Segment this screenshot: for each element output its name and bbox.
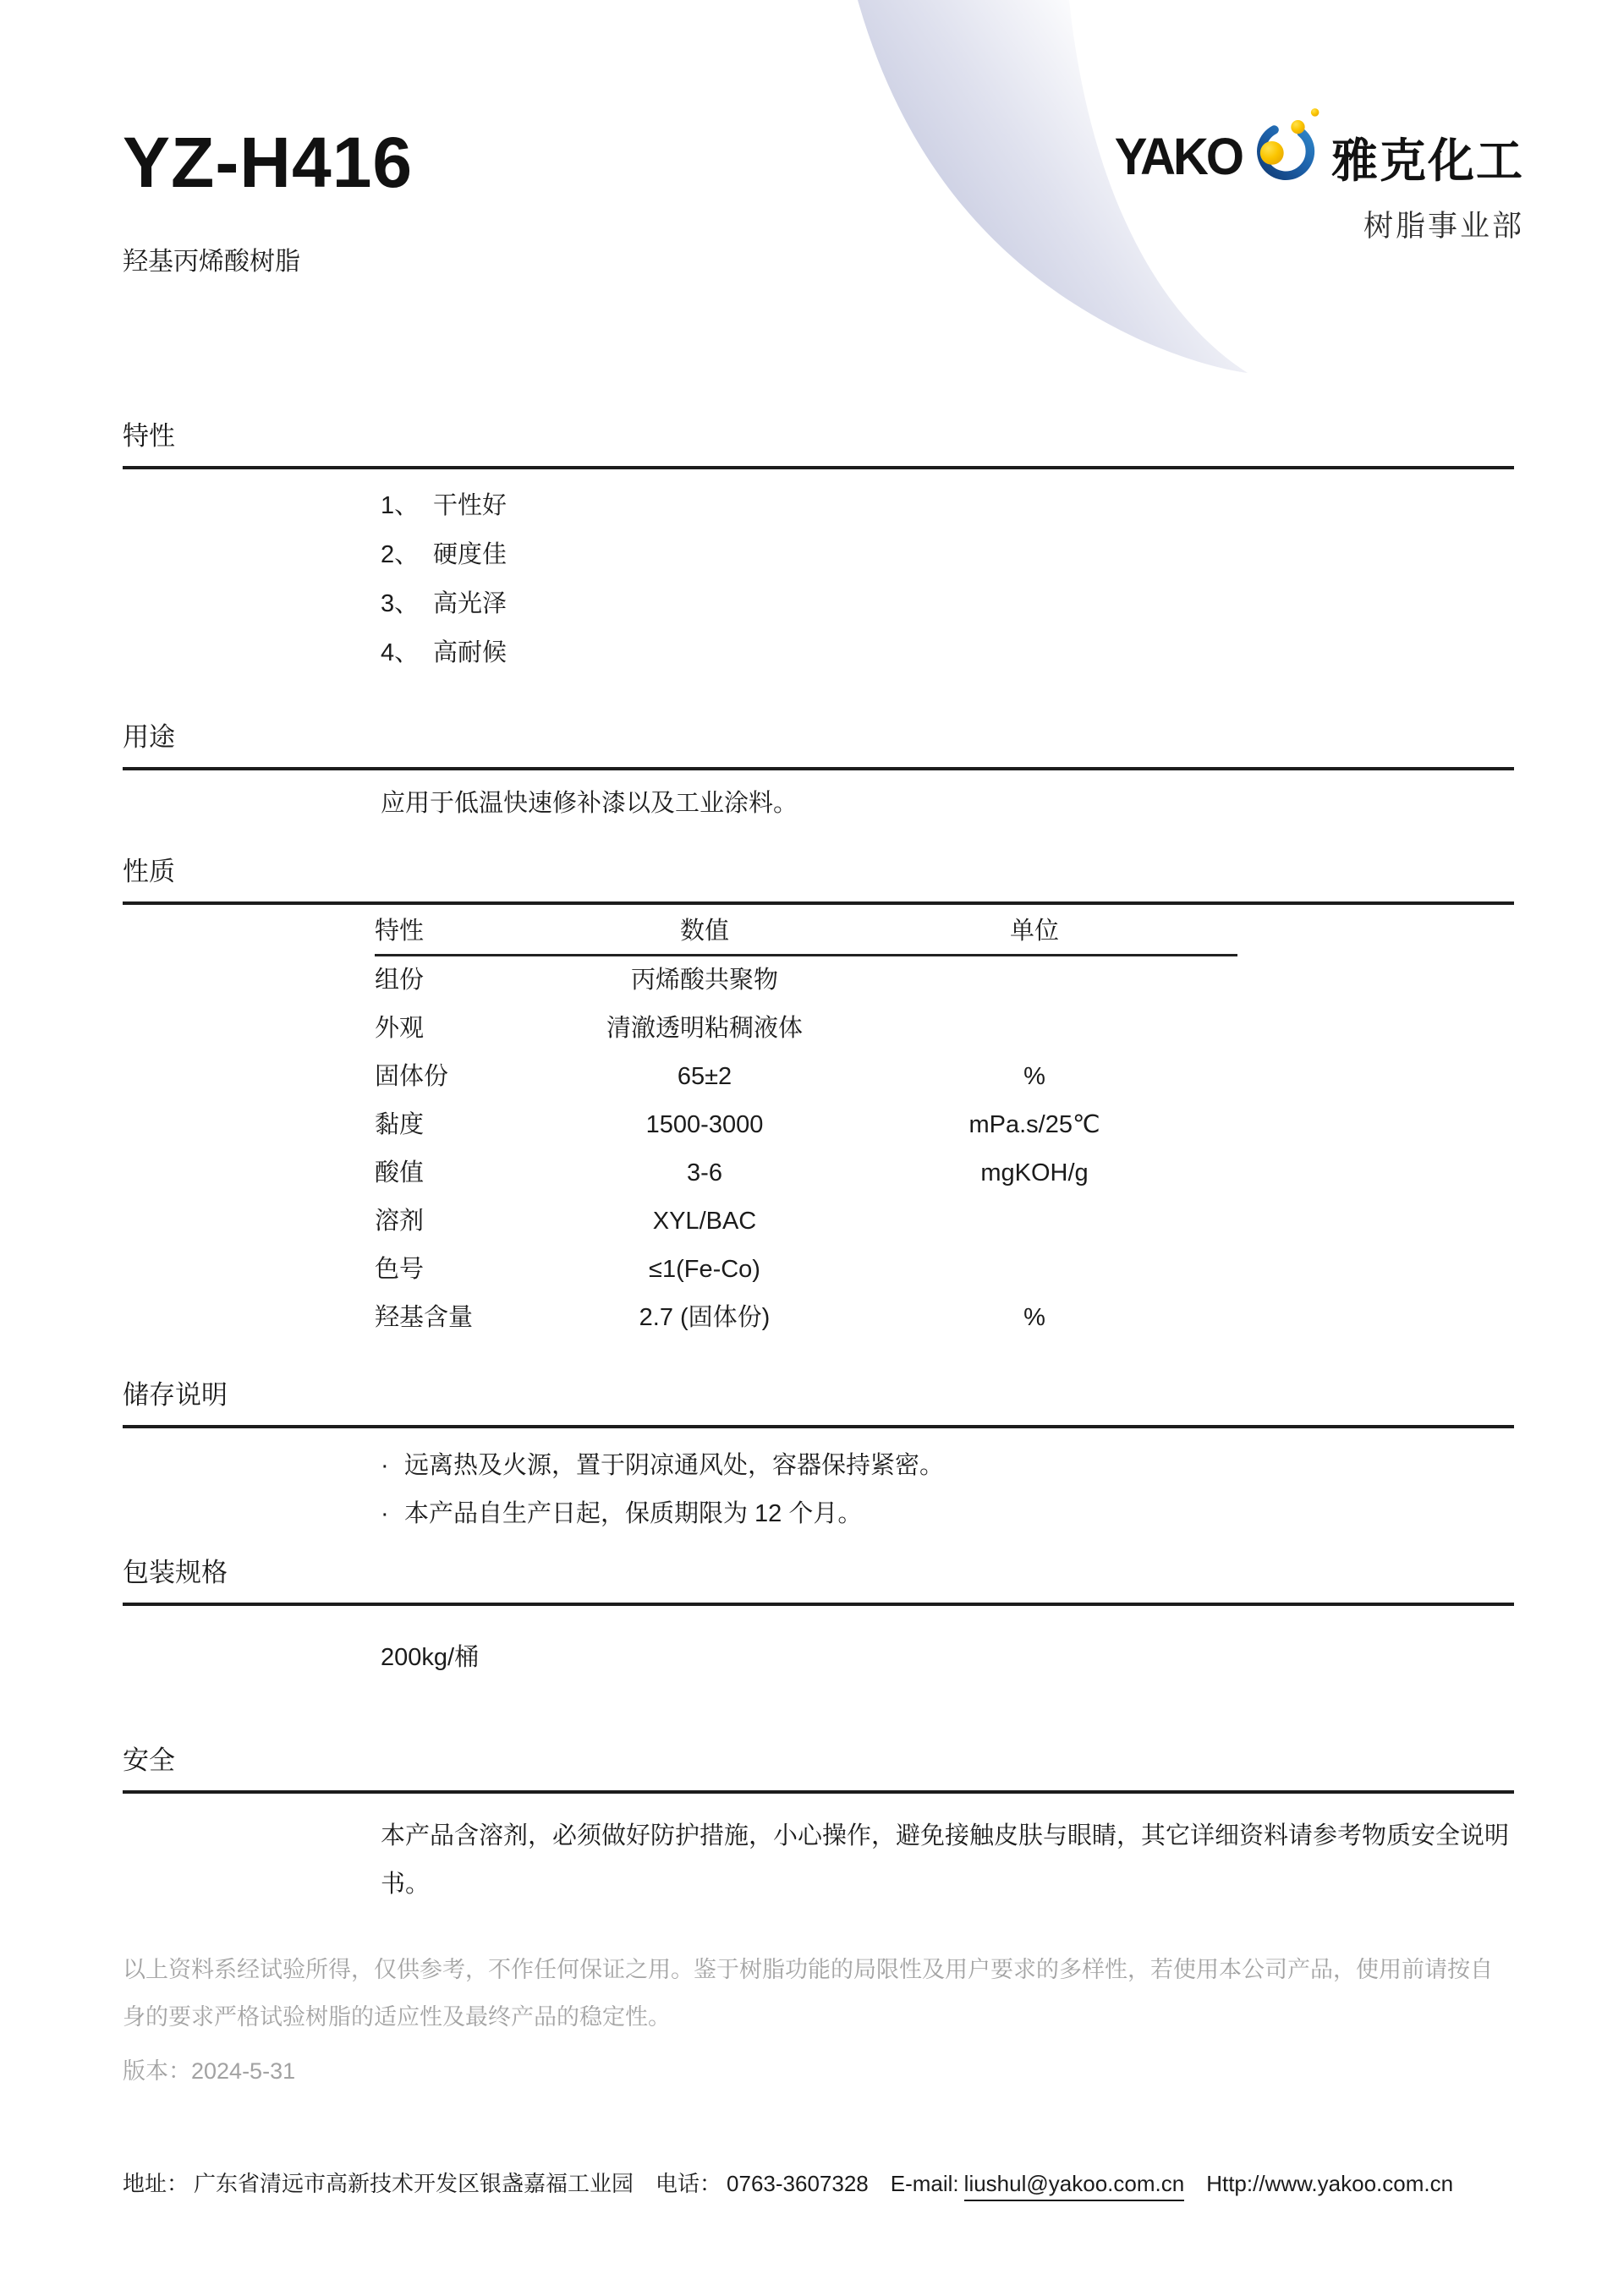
storage-item: · 远离热及火源，置于阴凉通风处，容器保持紧密。: [381, 1442, 1514, 1490]
storage-item: · 本产品自生产日起，保质期限为 12 个月。: [381, 1490, 1514, 1538]
cell-value: 3-6: [578, 1149, 831, 1197]
email-link[interactable]: liushul@yakoo.com.cn: [964, 2170, 1185, 2201]
feature-text: 干性好: [433, 481, 507, 530]
section-features: 特性 1、 干性好 2、 硬度佳 3、 高光泽 4、 高耐候: [123, 420, 1514, 677]
section-title-storage: 储存说明: [123, 1379, 1514, 1428]
table-row: 黏度 1500-3000 mPa.s/25℃: [375, 1101, 1237, 1149]
cell-property: 羟基含量: [375, 1294, 578, 1342]
cell-unit: [831, 1197, 1237, 1246]
table-body: 组份 丙烯酸共聚物 外观 清澈透明粘稠液体 固体份 65±2 %: [375, 956, 1237, 1342]
cell-property: 外观: [375, 1005, 578, 1053]
footer: 地址： 广东省清远市高新技术开发区银盏嘉福工业园 电话： 0763-360732…: [123, 2170, 1544, 2201]
section-title-features: 特性: [123, 420, 1514, 469]
cell-unit: mgKOH/g: [831, 1149, 1237, 1197]
version-text: 版本：2024-5-31: [123, 2058, 1514, 2085]
table-row: 外观 清澈透明粘稠液体: [375, 1005, 1237, 1053]
feature-item: 2、 硬度佳: [381, 530, 1514, 579]
table-row: 羟基含量 2.7 (固体份) %: [375, 1294, 1237, 1342]
bullet-icon: ·: [381, 1442, 404, 1490]
feature-item: 3、 高光泽: [381, 579, 1514, 628]
cell-value: XYL/BAC: [578, 1197, 831, 1246]
section-safety: 安全 本产品含溶剂，必须做好防护措施，小心操作，避免接触皮肤与眼睛，其它详细资料…: [123, 1745, 1514, 1909]
product-name-subtitle: 羟基丙烯酸树脂: [123, 247, 1514, 277]
feature-number: 1、: [381, 481, 433, 530]
storage-text: 远离热及火源，置于阴凉通风处，容器保持紧密。: [404, 1442, 944, 1490]
cell-property: 组份: [375, 956, 578, 1005]
table-row: 色号 ≤1(Fe-Co): [375, 1246, 1237, 1294]
feature-text: 硬度佳: [433, 530, 507, 579]
feature-item: 4、 高耐候: [381, 628, 1514, 677]
cell-value: 2.7 (固体份): [578, 1294, 831, 1342]
section-title-packaging: 包装规格: [123, 1557, 1514, 1606]
table-header-row: 特性 数值 单位: [375, 917, 1237, 956]
version-date: 2024-5-31: [191, 2058, 295, 2084]
usage-text: 应用于低温快速修补漆以及工业涂料。: [381, 789, 1514, 819]
bullet-icon: ·: [381, 1490, 404, 1538]
table-row: 溶剂 XYL/BAC: [375, 1197, 1237, 1246]
cell-value: 65±2: [578, 1053, 831, 1101]
cell-property: 溶剂: [375, 1197, 578, 1246]
email-label: E-mail:: [891, 2170, 959, 2197]
cell-unit: [831, 1005, 1237, 1053]
features-list: 1、 干性好 2、 硬度佳 3、 高光泽 4、 高耐候: [381, 481, 1514, 677]
cell-property: 酸值: [375, 1149, 578, 1197]
storage-text: 本产品自生产日起，保质期限为 12 个月。: [404, 1490, 862, 1538]
address-text: 广东省清远市高新技术开发区银盏嘉福工业园: [194, 2170, 634, 2197]
feature-text: 高耐候: [433, 628, 507, 677]
cell-unit: [831, 1246, 1237, 1294]
cell-property: 固体份: [375, 1053, 578, 1101]
section-properties: 性质 特性 数值 单位 组份 丙烯酸共聚物 外观 清澈透明粘稠液体: [123, 856, 1514, 1342]
cell-unit: %: [831, 1053, 1237, 1101]
cell-value: 清澈透明粘稠液体: [578, 1005, 831, 1053]
address-label: 地址：: [123, 2170, 189, 2197]
column-header-property: 特性: [375, 917, 578, 945]
phone-label: 电话：: [656, 2170, 721, 2197]
storage-list: · 远离热及火源，置于阴凉通风处，容器保持紧密。 · 本产品自生产日起，保质期限…: [381, 1442, 1514, 1538]
section-usage: 用途 应用于低温快速修补漆以及工业涂料。: [123, 721, 1514, 819]
cell-property: 色号: [375, 1246, 578, 1294]
packaging-text: 200kg/桶: [381, 1643, 1514, 1673]
disclaimer-text: 以上资料系经试验所得，仅供参考，不作任何保证之用。鉴于树脂功能的局限性及用户要求…: [123, 1946, 1514, 2041]
cell-value: 丙烯酸共聚物: [578, 956, 831, 1005]
cell-value: 1500-3000: [578, 1101, 831, 1149]
cell-unit: mPa.s/25℃: [831, 1101, 1237, 1149]
datasheet-page: YAKO: [0, 0, 1624, 2296]
phone-text: 0763-3607328: [727, 2170, 869, 2197]
table-row: 组份 丙烯酸共聚物: [375, 956, 1237, 1005]
website-link: Http://www.yakoo.com.cn: [1206, 2170, 1453, 2197]
cell-property: 黏度: [375, 1101, 578, 1149]
safety-text: 本产品含溶剂，必须做好防护措施，小心操作，避免接触皮肤与眼睛，其它详细资料请参考…: [381, 1812, 1514, 1909]
version-label: 版本：: [123, 2058, 191, 2084]
table-row: 固体份 65±2 %: [375, 1053, 1237, 1101]
feature-text: 高光泽: [433, 579, 507, 628]
cell-value: ≤1(Fe-Co): [578, 1246, 831, 1294]
section-packaging: 包装规格 200kg/桶: [123, 1557, 1514, 1673]
product-code-title: YZ-H416: [123, 127, 1514, 198]
table-row: 酸值 3-6 mgKOH/g: [375, 1149, 1237, 1197]
properties-table: 特性 数值 单位 组份 丙烯酸共聚物 外观 清澈透明粘稠液体: [375, 917, 1237, 1342]
column-header-value: 数值: [578, 917, 831, 945]
section-title-properties: 性质: [123, 856, 1514, 905]
section-title-usage: 用途: [123, 721, 1514, 770]
feature-number: 3、: [381, 579, 433, 628]
section-title-safety: 安全: [123, 1745, 1514, 1794]
cell-unit: %: [831, 1294, 1237, 1342]
feature-item: 1、 干性好: [381, 481, 1514, 530]
cell-unit: [831, 956, 1237, 1005]
feature-number: 2、: [381, 530, 433, 579]
feature-number: 4、: [381, 628, 433, 677]
column-header-unit: 单位: [831, 917, 1237, 945]
section-storage: 储存说明 · 远离热及火源，置于阴凉通风处，容器保持紧密。 · 本产品自生产日起…: [123, 1379, 1514, 1538]
